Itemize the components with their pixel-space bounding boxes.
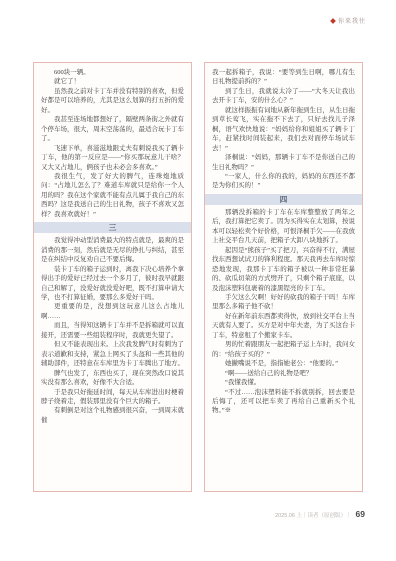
paragraph: 于是我只好拖延时间，每天从车库进出时梗着脖子绕着走，假装那里没有个巨大的箱子。: [41, 388, 184, 407]
paragraph: 到了生日，我就说太冷了——“大冬天让我出去开卡丁车，安的什么心？”: [212, 87, 355, 106]
paragraph: 我甚至连场地都想好了，隔壁两条街之外就有个停车场，很大，周末空荡荡的，最适合玩卡…: [41, 115, 184, 143]
paragraph: 脾气也发了，东西也买了，现在突然改口说其实没有那么喜欢，好像不大合适。: [41, 369, 184, 388]
right-column-paras-top: 我一起拆箱子，我说：“要等到生日啊，哪儿有生日礼物提前拆的？”到了生日，我就说太…: [205, 68, 362, 191]
column-label: 你来我往: [338, 16, 366, 25]
paragraph: 600块一辆。: [41, 68, 184, 77]
paragraph: “我懂我懂。: [212, 378, 355, 387]
paragraph: 起因是“熊孩子”买了把刀，兴奋得不行，满屋找东西想试试刀的锋利程度。那天我再去车…: [212, 246, 355, 293]
page-footer: 2025.06 上｜读者（原创版）｜ 69: [275, 509, 365, 519]
paragraph: 她撇嘴说不是，指指她老公：“他要的。”: [212, 359, 355, 368]
magazine-page: 你来我往 600块一辆。就它了！虽然我之前对卡丁车并没有特别的喜欢，但爱好都是可…: [0, 0, 396, 561]
paragraph: 就它了！: [41, 77, 184, 86]
right-column: 我一起拆箱子，我说：“要等到生日啊，哪儿有生日礼物提前拆的？”到了生日，我就说太…: [204, 62, 363, 492]
paragraph: 我很生气，发了好大的脾气，连珠炮地质问：“占地儿怎么了？难道车库就只是给你一个人…: [41, 172, 184, 219]
paragraph: 而且，当得知这辆卡丁车并不是拆箱就可以直接开，还需要一些组装程序时，我就更失望了…: [41, 321, 184, 340]
paragraph: 虽然我之前对卡丁车并没有特别的喜欢，但爱好都是可以培养的，尤其是这么划算的打五折…: [41, 87, 184, 115]
paragraph: 泽桐说：“妈妈，那辆卡丁车不是你送自己的生日礼物吗？”: [212, 153, 355, 172]
paragraph: 手欠这么欠啊！好好的砍我的箱子干吗！车库里那么多箱子他不砍！: [212, 293, 355, 312]
paragraph: 男的忙着跟朋友一起把箱子运上车时，我问女的：“给孩子买的？”: [212, 340, 355, 359]
right-column-paras-bottom: 那辆没拆箱的卡丁车在车库整整放了两年之后，我打算把它卖了。因为买得实在太划算，按…: [205, 208, 362, 416]
paragraph: 我一起拆箱子，我说：“要等到生日啊，哪儿有生日礼物提前拆的？”: [212, 68, 355, 87]
left-column-paras-top: 600块一辆。就它了！虽然我之前对卡丁车并没有特别的喜欢，但爱好都是可以培养的，…: [34, 68, 191, 219]
paragraph: 就这样振振有词地从新年拖到生日，从生日拖到草长莺飞，实在拖不下去了，只好去找儿子…: [212, 106, 355, 153]
paragraph: 我觉得冲动型消费最大的特点就是，最爽的是消费的那一刻，然后就是无尽的挣扎与纠结，…: [41, 236, 184, 264]
paragraph: 更重要的是，没想到这玩意儿这么占地儿啊……: [41, 302, 184, 321]
section-number: 四: [280, 196, 288, 204]
paragraph: “啊——送给自己的礼物是吧？: [212, 369, 355, 378]
paragraph: “不过……泡沫塑料能不拆就别拆，回去要是后悔了，还可以把车卖了再给自己重新买个礼…: [212, 388, 355, 416]
section-divider-four: 四: [205, 194, 362, 205]
left-column: 600块一辆。就它了！虽然我之前对卡丁车并没有特别的喜欢，但爱好都是可以培养的，…: [33, 62, 192, 492]
article-columns: 600块一辆。就它了！虽然我之前对卡丁车并没有特别的喜欢，但爱好都是可以培养的，…: [33, 62, 363, 492]
left-column-paras-bottom: 我觉得冲动型消费最大的特点就是，最爽的是消费的那一刻，然后就是无尽的挣扎与纠结，…: [34, 236, 191, 425]
section-divider-three: 三: [34, 222, 191, 233]
page-number: 69: [356, 509, 365, 519]
paragraph: 飞速下单，喜滋滋地跟丈夫有刺说我买了辆卡丁车，他的第一反应是——“你买那玩意儿干…: [41, 144, 184, 172]
column-marker-icon: [330, 18, 336, 24]
paragraph: 但又不能表现出来。上次我发脾气时有刺为了表示道歉和支持，紧急上网买了头盔和一些其…: [41, 340, 184, 368]
paragraph: 那辆没拆箱的卡丁车在车库整整放了两年之后，我打算把它卖了。因为买得实在太划算，按…: [212, 208, 355, 246]
paragraph: 有刺倒是对这个礼物感到很兴奋，一到周末就催: [41, 406, 184, 425]
paragraph: 装卡丁车的箱子运到时，离我下决心培养个拿得出手的爱好已经过去一个多月了，彼时我早…: [41, 265, 184, 303]
page-header: 你来我往: [331, 16, 366, 25]
section-number: 三: [109, 224, 117, 232]
paragraph: “一家人，什么你的我的，妈妈的东西还不都是为你们买的！”: [212, 172, 355, 191]
paragraph: 好在新年前东西都卖得快，放到社交平台上当天就有人要了。买方是对中年夫妻，为了买这…: [212, 312, 355, 340]
issue-info: 2025.06 上｜读者（原创版）｜: [275, 511, 351, 519]
